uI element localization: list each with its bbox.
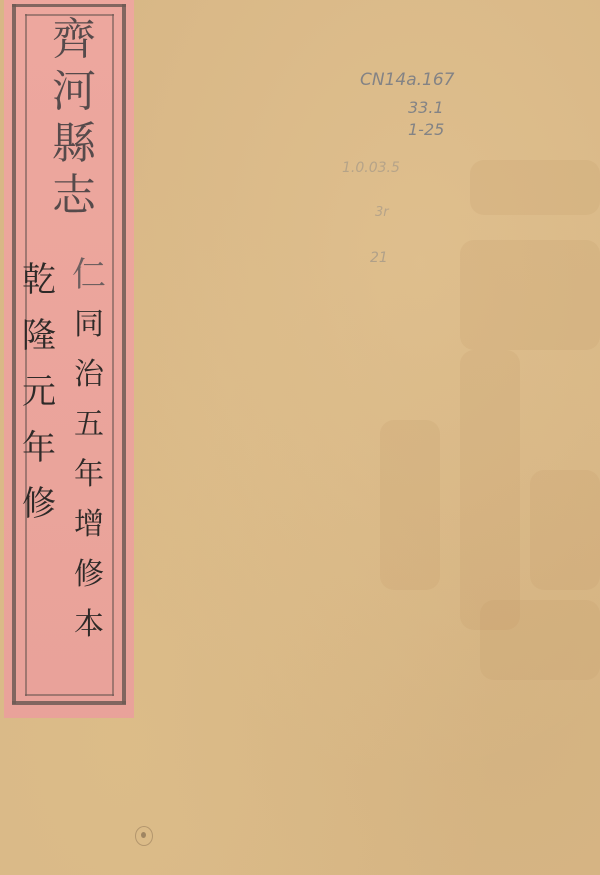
catalog-note-line4: 1.0.03.5 (342, 160, 400, 176)
show-through-mark (460, 350, 520, 630)
edition-char: 同 (74, 300, 104, 350)
edition-right: 仁 同 治 五 年 增 修 本 (72, 250, 106, 650)
label-border-left (12, 4, 16, 704)
edition-char: 年 (74, 450, 104, 500)
edition-left: 乾 隆 元 年 修 (22, 252, 56, 532)
title-char: 志 (52, 170, 96, 222)
title-char: 縣 (52, 118, 96, 170)
title-char: 齊 (52, 14, 96, 66)
edition-char: 治 (74, 350, 104, 400)
show-through-mark (380, 420, 440, 590)
volume-mark: 仁 (72, 250, 106, 300)
catalog-note-line6: 21 (370, 250, 388, 266)
show-through-mark (530, 470, 600, 590)
edition-char: 本 (74, 600, 104, 650)
catalog-note-line1: CN14a.167 (360, 70, 455, 90)
show-through-mark (470, 160, 600, 215)
edition-char: 修 (22, 476, 56, 532)
label-border-bottom (12, 701, 126, 705)
edition-char: 乾 (22, 252, 56, 308)
edition-char: 增 (74, 500, 104, 550)
catalog-note-line5: 3r (375, 205, 389, 220)
edition-char: 隆 (22, 308, 56, 364)
label-inner-line-right (112, 14, 114, 696)
book-title: 齊 河 縣 志 (52, 14, 96, 222)
edition-char: 修 (74, 550, 104, 600)
paper-stain (135, 826, 153, 846)
show-through-mark (460, 240, 600, 350)
edition-char: 年 (22, 420, 56, 476)
catalog-note-line2: 33.1 (408, 98, 444, 117)
show-through-mark (480, 600, 600, 680)
label-inner-line-bottom (25, 694, 114, 696)
edition-char: 元 (22, 364, 56, 420)
title-char: 河 (52, 66, 96, 118)
edition-char: 五 (74, 400, 104, 450)
label-border-top (12, 4, 126, 7)
label-border-right (122, 4, 126, 704)
catalog-note-line3: 1-25 (408, 120, 444, 139)
